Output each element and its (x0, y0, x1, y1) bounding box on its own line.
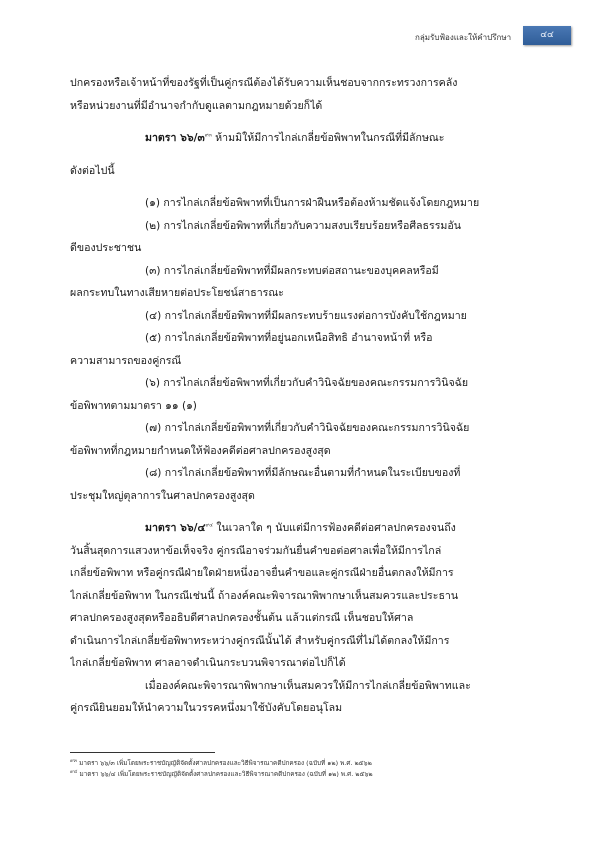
list-item-cont: ดีของประชาชน (70, 237, 530, 260)
header-title: กลุ่มรับฟ้องและให้คำปรึกษา (415, 31, 511, 44)
list-item: (๒) การไกล่เกลี่ยข้อพิพาทที่เกี่ยวกับควา… (70, 215, 530, 238)
list-item: (๕) การไกล่เกลี่ยข้อพิพาทที่อยู่นอกเหนือ… (70, 327, 530, 350)
list-item: (๑) การไกล่เกลี่ยข้อพิพาทที่เป็นการฝ่าฝื… (70, 192, 530, 215)
list-item: (๔) การไกล่เกลี่ยข้อพิพาทที่มีผลกระทบร้า… (70, 305, 530, 328)
footnote-number: ๙๔ (70, 769, 77, 775)
list-item-cont: ข้อพิพาทที่กฎหมายกำหนดให้ฟ้องคดีต่อศาลปก… (70, 440, 530, 463)
paragraph-line: ไกล่เกลี่ยข้อพิพาท ศาลอาจดำเนินกระบวนพิจ… (70, 652, 530, 675)
paragraph-line: ศาลปกครองสูงสุดหรืออธิบดีศาลปกครองชั้นต้… (70, 607, 530, 630)
list-item-cont: ประชุมใหญ่ตุลาการในศาลปกครองสูงสุด (70, 485, 530, 508)
list-item-cont: ผลกระทบในทางเสียหายต่อประโยชน์สาธารณะ (70, 282, 530, 305)
footnotes: ๙๓ มาตรา ๖๖/๓ เพิ่มโดยพระราชบัญญัติจัดตั… (70, 758, 373, 780)
document-body: ปกครองหรือเจ้าหน้าที่ของรัฐที่เป็นคู่กรณ… (70, 72, 530, 720)
paragraph-line: ไกล่เกลี่ยข้อพิพาท ในกรณีเช่นนี้ ถ้าองค์… (70, 585, 530, 608)
list-item-cont: ข้อพิพาทตามมาตรา ๑๑ (๑) (70, 395, 530, 418)
section-label: มาตรา ๖๖/๔ (145, 522, 205, 534)
footnote: ๙๓ มาตรา ๖๖/๓ เพิ่มโดยพระราชบัญญัติจัดตั… (70, 758, 373, 769)
section-label: มาตรา ๖๖/๓ (145, 132, 205, 144)
footnote-text: มาตรา ๖๖/๔ เพิ่มโดยพระราชบัญญัติจัดตั้งศ… (80, 770, 373, 778)
section-text: ในเวลาใด ๆ นับแต่มีการฟ้องคดีต่อศาลปกครอ… (216, 522, 456, 534)
footnote-text: มาตรา ๖๖/๓ เพิ่มโดยพระราชบัญญัติจัดตั้งศ… (79, 759, 372, 767)
paragraph-line: ปกครองหรือเจ้าหน้าที่ของรัฐที่เป็นคู่กรณ… (70, 72, 530, 95)
list-item: (๓) การไกล่เกลี่ยข้อพิพาทที่มีผลกระทบต่อ… (70, 260, 530, 283)
footnote-number: ๙๓ (70, 758, 77, 764)
paragraph-line: ดำเนินการไกล่เกลี่ยข้อพิพาทระหว่างคู่กรณ… (70, 630, 530, 653)
list-item-cont: ความสามารถของคู่กรณี (70, 350, 530, 373)
footnote-divider (70, 752, 215, 753)
page-number-tab: ๔๔ (523, 26, 571, 45)
list-item: (๘) การไกล่เกลี่ยข้อพิพาทที่มีลักษณะอื่น… (70, 462, 530, 485)
footnote-ref[interactable]: ๙๔ (205, 522, 212, 528)
paragraph-line: วันสิ้นสุดการแสวงหาข้อเท็จจริง คู่กรณีอา… (70, 540, 530, 563)
paragraph-line: เกลี่ยข้อพิพาท หรือคู่กรณีฝ่ายใดฝ่ายหนึ่… (70, 562, 530, 585)
footnote: ๙๔ มาตรา ๖๖/๔ เพิ่มโดยพระราชบัญญัติจัดตั… (70, 769, 373, 780)
section-66-3-heading: มาตรา ๖๖/๓๙๓ ห้ามมิให้มีการไกล่เกลี่ยข้อ… (70, 127, 530, 150)
paragraph-line: คู่กรณียินยอมให้นำความในวรรคหนึ่งมาใช้บั… (70, 697, 530, 720)
paragraph-line: หรือหน่วยงานที่มีอำนาจกำกับดูแลตามกฎหมาย… (70, 95, 530, 118)
paragraph-line: ดังต่อไปนี้ (70, 160, 530, 183)
section-text: ห้ามมิให้มีการไกล่เกลี่ยข้อพิพาทในกรณีที… (215, 132, 444, 144)
footnote-ref[interactable]: ๙๓ (205, 132, 212, 138)
list-item: (๗) การไกล่เกลี่ยข้อพิพาทที่เกี่ยวกับคำว… (70, 417, 530, 440)
section-66-4-heading: มาตรา ๖๖/๔๙๔ ในเวลาใด ๆ นับแต่มีการฟ้องค… (70, 517, 530, 540)
list-item: (๖) การไกล่เกลี่ยข้อพิพาทที่เกี่ยวกับคำว… (70, 372, 530, 395)
paragraph-line: เมื่อองค์คณะพิจารณาพิพากษาเห็นสมควรให้มี… (70, 675, 530, 698)
